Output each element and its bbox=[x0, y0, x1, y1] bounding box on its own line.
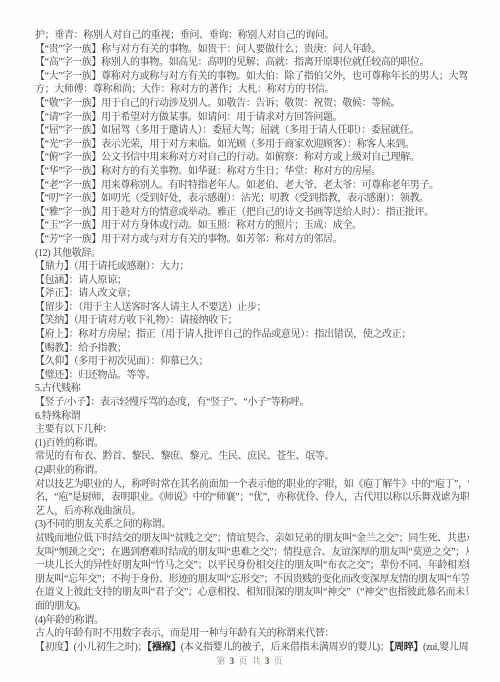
text-segment: 【包涵】：请人原谅； bbox=[35, 275, 127, 286]
document-line: 名，“庖”是厨师，表明职业。《师说》中的“师襄”；“优”，亦称优伶、伶人，古代用… bbox=[35, 491, 469, 505]
document-line: 朋友叫“忘年交”；不拘于身份、形迹的朋友叫“忘形交”；不因贵贱的变化而改变深厚友… bbox=[35, 573, 469, 587]
document-line: 【初度】(小儿初生之时)；【襁褓】(本义指婴儿的被子，后来借指未满周岁的婴儿)；… bbox=[35, 641, 469, 655]
text-segment: 【“叨”字一族】如叨光（受到好处，表示感谢）：沾光；叨教（受到指教，表示感谢）：… bbox=[35, 193, 429, 204]
document-line: 贫贱而地位低下时结交的朋友叫“贫贱之交”；情谊契合、亲如兄弟的朋友叫“金兰之交”… bbox=[35, 532, 469, 546]
document-line: 护；垂青：称别人对自己的重视；垂问、垂询：称别人对自己的询问。 bbox=[35, 29, 469, 43]
document-line: 对以技艺为职业的人，称呼时常在其名前面加一个表示他的职业的字眼，如《庖丁解牛》中… bbox=[35, 478, 469, 492]
document-line: 一块儿长大的异性好朋友叫“竹马之交”；以平民身份相交往的朋友叫“布衣之交”；辈份… bbox=[35, 559, 469, 573]
document-line: 【“贵”字一族】称与对方有关的事物。如贵干：问人要做什么；贵庚：问人年龄。 bbox=[35, 43, 469, 57]
text-segment: (2)职业的称谓。 bbox=[35, 465, 104, 476]
document-line: (3)不同的朋友关系之间的称谓。 bbox=[35, 518, 469, 532]
text-segment: (zui,婴儿周岁)； bbox=[423, 642, 469, 653]
document-line: 【“请”字一族】用于希望对方做某事。如请问：用于请求对方回答问题。 bbox=[35, 111, 469, 125]
text-segment: 【襁褓】 bbox=[147, 642, 181, 653]
text-segment: 【“华”字一族】称对方的有关事物。如华诞：称对方生日；华堂：称对方的房屋。 bbox=[35, 166, 381, 177]
text-segment: 方；大师傅：尊称和尚；大作：称对方的著作；大札：称对方的书信。 bbox=[35, 84, 334, 95]
text-segment: 古人的年龄有时不用数字表示，而是用一种与年龄有关的称谓来代替： bbox=[35, 628, 334, 639]
text-segment: 友叫“刎颈之交”；在遇到磨难时结成的朋友叫“患难之交”；情投意合、友谊深厚的朋友… bbox=[35, 547, 469, 558]
document-page: 护；垂青：称别人对自己的重视；垂问、垂询：称别人对自己的询问。【“贵”字一族】称… bbox=[0, 0, 500, 682]
text-segment: 【“请”字一族】用于希望对方做某事。如请问：用于请求对方回答问题。 bbox=[35, 112, 342, 123]
document-line: 【斧正】：请人改文章； bbox=[35, 287, 469, 301]
text-segment: 贫贱而地位低下时结交的朋友叫“贫贱之交”；情谊契合、亲如兄弟的朋友叫“金兰之交”… bbox=[35, 533, 469, 544]
document-line: 主要有以下几种： bbox=[35, 423, 469, 437]
document-line: 友叫“刎颈之交”；在遇到磨难时结成的朋友叫“患难之交”；情投意合、友谊深厚的朋友… bbox=[35, 546, 469, 560]
document-line: (2)职业的称谓。 bbox=[35, 464, 469, 478]
text-segment: 【“老”字一族】用来尊称别人。有时特指老年人。如老伯、老大爷、老太爷：可尊称老年… bbox=[35, 180, 439, 191]
text-segment: 【笑纳】（用于请对方收下礼物）：请接纳收下； bbox=[35, 315, 237, 326]
document-line: 方；大师傅：尊称和尚；大作：称对方的著作；大札：称对方的书信。 bbox=[35, 83, 469, 97]
text-segment: 【初度】(小儿初生之时)； bbox=[35, 642, 147, 653]
document-line: 5.古代贱称 bbox=[35, 382, 469, 396]
text-segment: 一块儿长大的异性好朋友叫“竹马之交”；以平民身份相交往的朋友叫“布衣之交”；辈份… bbox=[35, 560, 469, 571]
text-segment: 常见的有布衣、黔首、黎民、黎庶、黎元、生民、庶民、苍生、氓等。 bbox=[35, 451, 334, 462]
document-line: 【“俯”字一族】公文书信中用来称对方对自己的行动。如俯察：称对方或上级对自己理解… bbox=[35, 151, 469, 165]
text-segment: 【府上】：称对方房屋；指正（用于请人批评自己的作品或意见）：指出错误，使之改正； bbox=[35, 329, 411, 340]
text-segment: 【“玉”字一族】用于对方身体或行动。如玉照：称对方的照片；玉成：成全。 bbox=[35, 220, 362, 231]
document-line: 在道义上彼此支持的朋友叫“君子交”；心意相投、相知很深的朋友叫“神交”（“神交”… bbox=[35, 586, 469, 600]
text-segment: 护；垂青：称别人对自己的重视；垂问、垂询：称别人对自己的询问。 bbox=[35, 30, 334, 41]
document-line: 【“老”字一族】用来尊称别人。有时特指老年人。如老伯、老大爷、老太爷：可尊称老年… bbox=[35, 179, 469, 193]
text-segment: 艺人，后亦称戏曲演员。 bbox=[35, 506, 141, 517]
document-line: 常见的有布衣、黔首、黎民、黎庶、黎元、生民、庶民、苍生、氓等。 bbox=[35, 450, 469, 464]
text-segment: 【“光”字一族】表示光荣，用于对方来临。如光顾（多用于商家欢迎顾客）：称客人来到… bbox=[35, 139, 415, 150]
text-segment: 【“芳”字一族】用于对方或与对方有关的事物。如芳邻：称对方的邻居。 bbox=[35, 234, 342, 245]
document-line: 【竖子/小子】：表示轻慢斥骂的态度，有“竖子”、“小子”等称呼。 bbox=[35, 396, 469, 410]
document-line: 【“玉”字一族】用于对方身体或行动。如玉照：称对方的照片；玉成：成全。 bbox=[35, 219, 469, 233]
document-line: 【璧还】：归还物品。等等。 bbox=[35, 369, 469, 383]
text-segment: 【留步】：（用于主人送客时客人请主人不要送）止步； bbox=[35, 302, 266, 313]
document-line: 6.特殊称谓 bbox=[35, 410, 469, 424]
document-line: 【“大”字一族】尊称对方或称与对方有关的事物。如大伯：除了指伯父外，也可尊称年长… bbox=[35, 70, 469, 84]
text-segment: 【久仰】（多用于初次见面）：仰慕已久； bbox=[35, 356, 208, 367]
document-line: 【“雅”字一族】用于趁对方的情意或举动。雅正（把自己的诗文书画等送给人时）：指正… bbox=[35, 206, 469, 220]
text-segment: 名，“庖”是厨师，表明职业。《师说》中的“师襄”；“优”，亦称优伶、伶人，古代用… bbox=[35, 492, 469, 503]
text-segment: (1)百姓的称谓。 bbox=[35, 438, 104, 449]
text-segment: (本义指婴儿的被子，后来借指未满周岁的婴儿)； bbox=[181, 642, 390, 653]
text-segment: 页 bbox=[270, 656, 283, 666]
text-segment: 【竖子/小子】：表示轻慢斥骂的态度，有“竖子”、“小子”等称呼。 bbox=[35, 397, 309, 408]
text-segment: 【“屈”字一族】如屈驾（多用于邀请人）：委屈大驾；屈就（多用于请人任职）：委屈就… bbox=[35, 125, 419, 136]
text-segment: 【鼎力】（用于请托或感谢）：大力； bbox=[35, 261, 189, 272]
document-line: 【“高”字一族】称别人的事物。如高见：高明的见解；高就：指离开原职位就任较高的职… bbox=[35, 56, 469, 70]
document-line: 【笑纳】（用于请对方收下礼物）：请接纳收下； bbox=[35, 314, 469, 328]
text-segment: (12) 其他敬辞。 bbox=[35, 248, 101, 259]
document-line: 【“芳”字一族】用于对方或与对方有关的事物。如芳邻：称对方的邻居。 bbox=[35, 233, 469, 247]
text-segment: 【“敬”字一族】用于自己的行动涉及别人。如敬告：告诉；敬贺：祝贺；敬候：等候。 bbox=[35, 98, 400, 109]
page-footer: 第 3 页 共 3 页 bbox=[0, 654, 500, 667]
document-line: 古人的年龄有时不用数字表示，而是用一种与年龄有关的称谓来代替： bbox=[35, 627, 469, 641]
text-segment: 对以技艺为职业的人，称呼时常在其名前面加一个表示他的职业的字眼，如《庖丁解牛》中… bbox=[35, 479, 469, 490]
text-segment: 6.特殊称谓 bbox=[35, 411, 80, 422]
text-segment: 【“大”字一族】尊称对方或称与对方有关的事物。如大伯：除了指伯父外，也可尊称年长… bbox=[35, 71, 469, 82]
document-line: 【鼎力】（用于请托或感谢）：大力； bbox=[35, 260, 469, 274]
text-segment: 第 bbox=[216, 656, 229, 666]
text-segment: (3)不同的朋友关系之间的称谓。 bbox=[35, 519, 171, 530]
text-segment: 页 共 bbox=[235, 656, 265, 666]
document-line: 【赐教】：给予指教； bbox=[35, 342, 469, 356]
document-line: 【留步】：（用于主人送客时客人请主人不要送）止步； bbox=[35, 301, 469, 315]
document-line: (4)年龄的称谓。 bbox=[35, 614, 469, 628]
document-line: 【“屈”字一族】如屈驾（多用于邀请人）：委屈大驾；屈就（多用于请人任职）：委屈就… bbox=[35, 124, 469, 138]
document-line: 【包涵】：请人原谅； bbox=[35, 274, 469, 288]
text-segment: 面的朋友)。 bbox=[35, 601, 86, 612]
text-segment: 在道义上彼此支持的朋友叫“君子交”；心意相投、相知很深的朋友叫“神交”（“神交”… bbox=[35, 587, 469, 598]
document-line: 【久仰】（多用于初次见面）：仰慕已久； bbox=[35, 355, 469, 369]
text-segment: 【周晬】 bbox=[389, 642, 423, 653]
text-segment: 【赐教】：给予指教； bbox=[35, 343, 127, 354]
text-segment: 主要有以下几种： bbox=[35, 424, 112, 435]
text-segment: 【“高”字一族】称别人的事物。如高见：高明的见解；高就：指离开原职位就任较高的职… bbox=[35, 57, 429, 68]
text-segment: 5.古代贱称 bbox=[35, 383, 80, 394]
text-segment: 【“雅”字一族】用于趁对方的情意或举动。雅正（把自己的诗文书画等送给人时）：指正… bbox=[35, 207, 434, 218]
document-text-block: 护；垂青：称别人对自己的重视；垂问、垂询：称别人对自己的询问。【“贵”字一族】称… bbox=[35, 29, 469, 654]
text-segment: 朋友叫“忘年交”；不拘于身份、形迹的朋友叫“忘形交”；不因贵贱的变化而改变深厚友… bbox=[35, 574, 469, 585]
text-segment: 【“俯”字一族】公文书信中用来称对方对自己的行动。如俯察：称对方或上级对自己理解… bbox=[35, 152, 420, 163]
document-line: (1)百姓的称谓。 bbox=[35, 437, 469, 451]
document-line: 艺人，后亦称戏曲演员。 bbox=[35, 505, 469, 519]
document-line: 【府上】：称对方房屋；指正（用于请人批评自己的作品或意见）：指出错误，使之改正； bbox=[35, 328, 469, 342]
document-line: 【“光”字一族】表示光荣，用于对方来临。如光顾（多用于商家欢迎顾客）：称客人来到… bbox=[35, 138, 469, 152]
text-segment: 【“贵”字一族】称与对方有关的事物。如贵干：问人要做什么；贵庚：问人年龄。 bbox=[35, 44, 381, 55]
text-segment: 【璧还】：归还物品。等等。 bbox=[35, 370, 155, 381]
document-line: (12) 其他敬辞。 bbox=[35, 247, 469, 261]
text-segment: (4)年龄的称谓。 bbox=[35, 615, 104, 626]
document-line: 【“敬”字一族】用于自己的行动涉及别人。如敬告：告诉；敬贺：祝贺；敬候：等候。 bbox=[35, 97, 469, 111]
document-line: 【“华”字一族】称对方的有关事物。如华诞：称对方生日；华堂：称对方的房屋。 bbox=[35, 165, 469, 179]
document-line: 【“叨”字一族】如叨光（受到好处，表示感谢）：沾光；叨教（受到指教，表示感谢）：… bbox=[35, 192, 469, 206]
document-line: 面的朋友)。 bbox=[35, 600, 469, 614]
text-segment: 【斧正】：请人改文章； bbox=[35, 288, 136, 299]
